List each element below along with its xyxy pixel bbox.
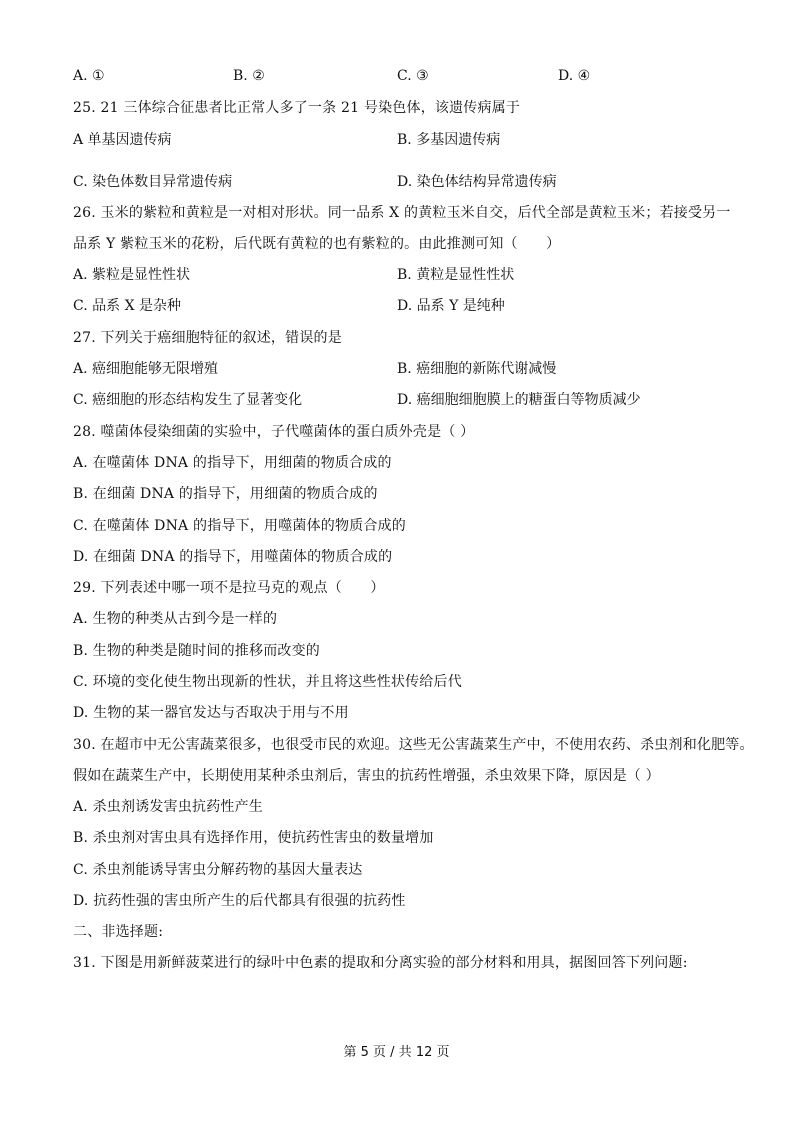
q25-stem: 25. 21 三体综合征患者比正常人多了一条 21 号染色体，该遗传病属于	[73, 99, 520, 117]
q29-option-c: C. 环境的变化使生物出现新的性状，并且将这些性状传给后代	[73, 673, 462, 691]
q24-options: A. ① B. ② C. ③ D. ④	[73, 67, 753, 85]
q27-options-row-2: C. 癌细胞的形态结构发生了显著变化 D. 癌细胞细胞膜上的糖蛋白等物质减少	[73, 391, 753, 409]
q26-stem-line-1: 26. 玉米的紫粒和黄粒是一对相对形状。同一品系 X 的黄粒玉米自交，后代全部是…	[73, 204, 731, 222]
q24-option-b: B. ②	[233, 67, 265, 85]
q30-option-b: B. 杀虫剂对害虫具有选择作用，使抗药性害虫的数量增加	[73, 829, 434, 847]
q27-option-c: C. 癌细胞的形态结构发生了显著变化	[73, 391, 302, 409]
q26-options-row-2: C. 品系 X 是杂种 D. 品系 Y 是纯种	[73, 297, 753, 315]
q27-options-row-1: A. 癌细胞能够无限增殖 B. 癌细胞的新陈代谢减慢	[73, 360, 753, 378]
q25-options-row-2: C. 染色体数目异常遗传病 D. 染色体结构异常遗传病	[73, 173, 753, 191]
q25-option-d: D. 染色体结构异常遗传病	[397, 173, 557, 191]
q26-option-c: C. 品系 X 是杂种	[73, 297, 181, 315]
q28-stem: 28. 噬菌体侵染细菌的实验中，子代噬菌体的蛋白质外壳是（ ）	[73, 423, 474, 441]
q30-option-d: D. 抗药性强的害虫所产生的后代都具有很强的抗药性	[73, 892, 406, 910]
q27-option-a: A. 癌细胞能够无限增殖	[73, 360, 218, 378]
q24-option-c: C. ③	[397, 67, 429, 85]
q25-options-row-1: A 单基因遗传病 B. 多基因遗传病	[73, 131, 753, 149]
q28-option-d: D. 在细菌 DNA 的指导下，用噬菌体的物质合成的	[73, 548, 392, 566]
q30-option-c: C. 杀虫剂能诱导害虫分解药物的基因大量表达	[73, 861, 363, 879]
q30-stem-line-1: 30. 在超市中无公害蔬菜很多，也很受市民的欢迎。这些无公害蔬菜生产中，不使用农…	[73, 736, 754, 754]
page-footer: 第 5 页 / 共 12 页	[0, 1041, 793, 1060]
q25-option-b: B. 多基因遗传病	[397, 131, 500, 149]
q29-stem: 29. 下列表述中哪一项不是拉马克的观点（ ）	[73, 579, 385, 597]
q30-stem-line-2: 假如在蔬菜生产中，长期使用某种杀虫剂后，害虫的抗药性增强，杀虫效果下降，原因是（…	[73, 767, 660, 785]
q29-option-a: A. 生物的种类从古到今是一样的	[73, 610, 277, 628]
q26-options-row-1: A. 紫粒是显性性状 B. 黄粒是显性性状	[73, 266, 753, 284]
section-heading: 二、非选择题:	[73, 923, 163, 941]
q29-option-b: B. 生物的种类是随时间的推移而改变的	[73, 642, 320, 660]
q26-option-a: A. 紫粒是显性性状	[73, 266, 190, 284]
q26-stem-line-2: 品系 Y 紫粒玉米的花粉，后代既有黄粒的也有紫粒的。由此推测可知（ ）	[73, 235, 560, 253]
q31-stem: 31. 下图是用新鲜菠菜进行的绿叶中色素的提取和分离实验的部分材料和用具，据图回…	[73, 954, 688, 972]
q29-option-d: D. 生物的某一器官发达与否取决于用与不用	[73, 704, 349, 722]
q27-option-b: B. 癌细胞的新陈代谢减慢	[397, 360, 556, 378]
q26-option-d: D. 品系 Y 是纯种	[397, 297, 505, 315]
q24-option-d: D. ④	[558, 67, 590, 85]
q28-option-a: A. 在噬菌体 DNA 的指导下，用细菌的物质合成的	[73, 454, 392, 472]
q25-option-c: C. 染色体数目异常遗传病	[73, 173, 232, 191]
q27-option-d: D. 癌细胞细胞膜上的糖蛋白等物质减少	[397, 391, 641, 409]
q26-option-b: B. 黄粒是显性性状	[397, 266, 514, 284]
q28-option-b: B. 在细菌 DNA 的指导下，用细菌的物质合成的	[73, 485, 378, 503]
q24-option-a: A. ①	[73, 67, 105, 85]
q28-option-c: C. 在噬菌体 DNA 的指导下，用噬菌体的物质合成的	[73, 517, 406, 535]
q30-option-a: A. 杀虫剂诱发害虫抗药性产生	[73, 798, 263, 816]
q27-stem: 27. 下列关于癌细胞特征的叙述，错误的是	[73, 329, 342, 347]
q25-option-a: A 单基因遗传病	[73, 131, 172, 149]
